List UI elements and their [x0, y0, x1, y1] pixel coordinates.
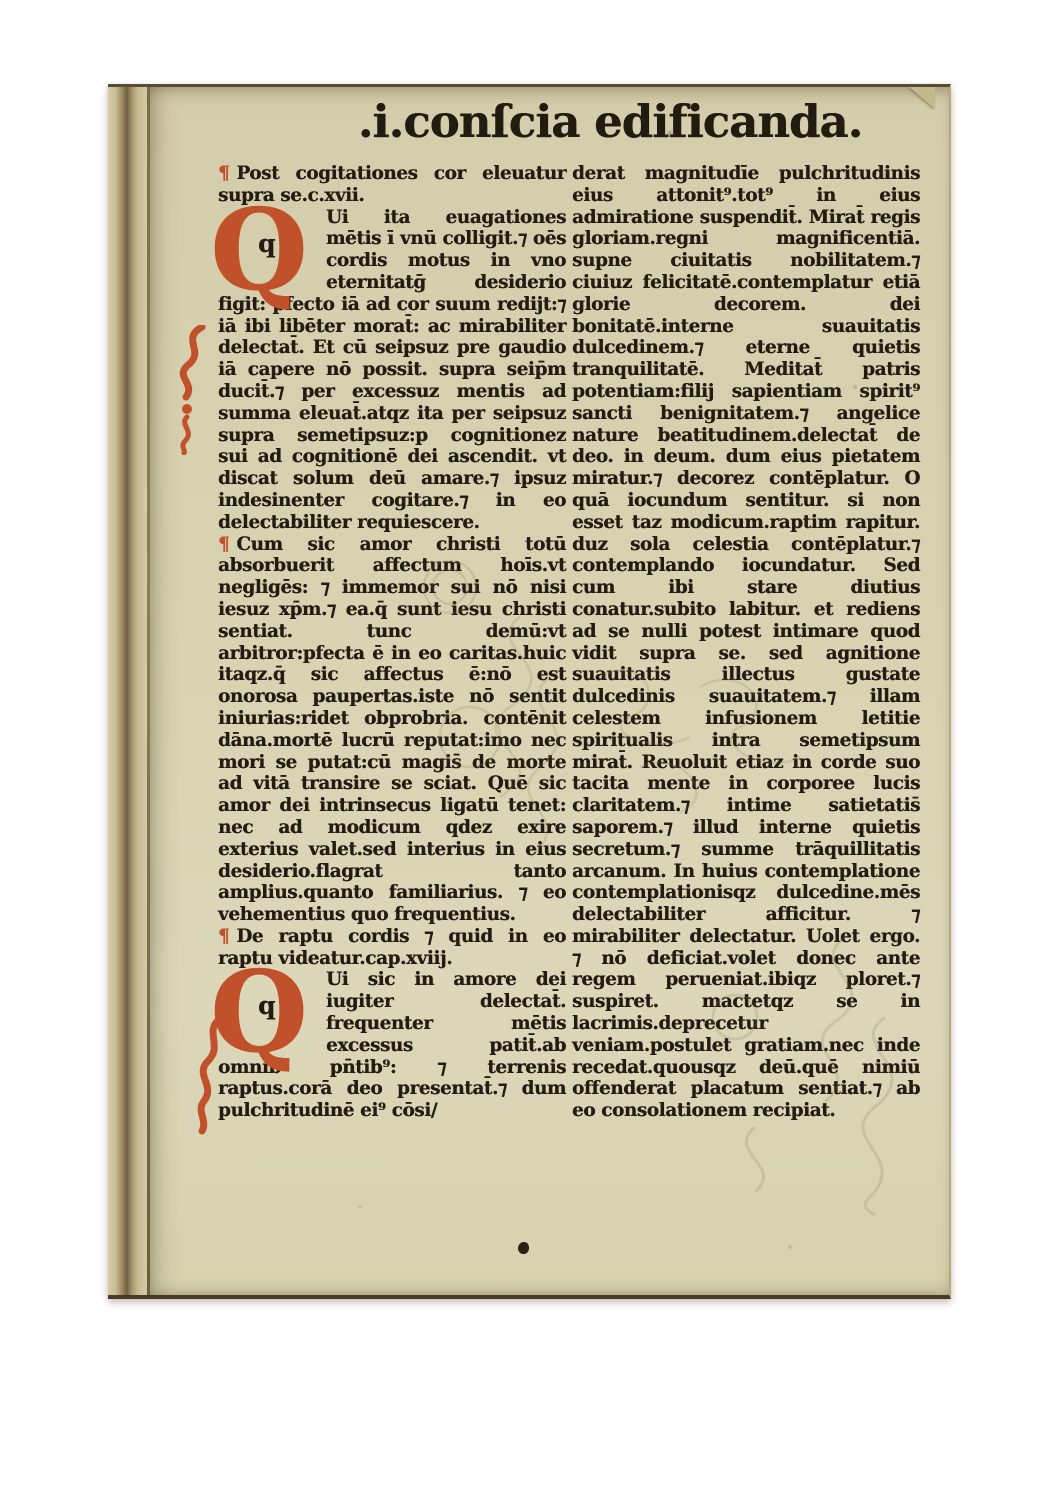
dropcap-initial: Qq [218, 207, 322, 273]
running-title: .i.conſcia edificanda. [300, 95, 920, 148]
guide-letter: q [258, 995, 275, 1017]
dropcap-initial: Qq [218, 969, 322, 1035]
paragraph: QqUi ita euagationes mētis ī vnū colligi… [218, 207, 566, 534]
photo-background: .i.conſcia edificanda. ¶Post cogitatione… [0, 0, 1060, 1500]
text-column-right: derat magnitudīe pulchritudinis eius att… [572, 163, 920, 1122]
paragraph: ¶Cum sic amor christi totū absorbuerit a… [218, 534, 566, 926]
paragraph: derat magnitudīe pulchritudinis eius att… [572, 163, 920, 1122]
paragraph-text: Cum sic amor christi totū absorbuerit af… [218, 534, 566, 926]
pilcrow-mark: ¶ [218, 534, 229, 555]
book-page: .i.conſcia edificanda. ¶Post cogitatione… [108, 84, 951, 1299]
paragraph-text: derat magnitudīe pulchritudinis eius att… [572, 163, 920, 1121]
paragraph: QqUi sic in amore dei iugiter delectat̄.… [218, 969, 566, 1122]
pilcrow-mark: ¶ [218, 163, 229, 184]
parchment-page: .i.conſcia edificanda. ¶Post cogitatione… [150, 87, 949, 1295]
text-column-left: ¶Post cogitationes cor eleuatur supra se… [218, 163, 566, 1122]
pilcrow-mark: ¶ [218, 926, 229, 947]
book-fore-edge [108, 87, 150, 1295]
guide-letter: q [258, 233, 275, 255]
initial-tail-flourish [176, 325, 210, 455]
wormhole-dot [518, 1242, 529, 1254]
